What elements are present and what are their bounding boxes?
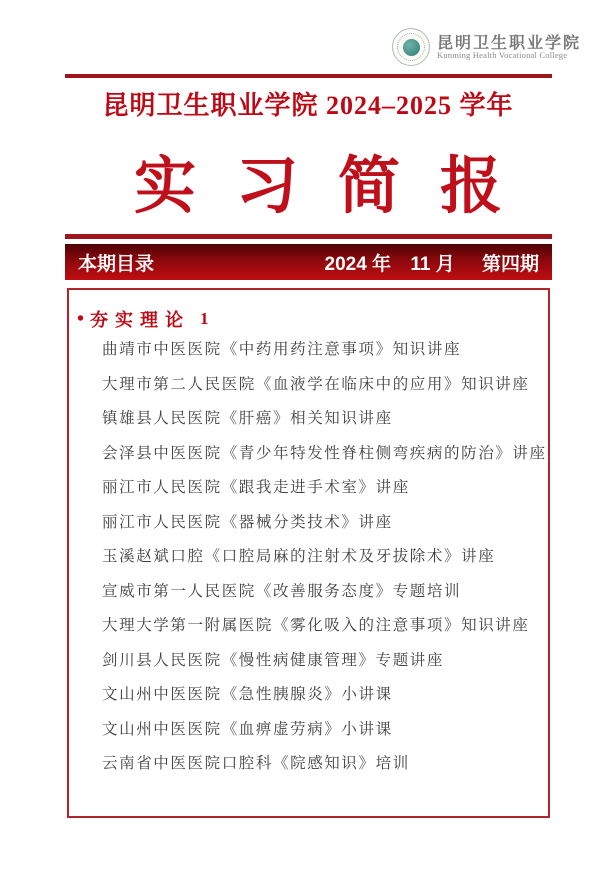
issue-rule-divider: [65, 234, 552, 239]
toc-box: • 夯实理论 1 曲靖市中医医院《中药用药注意事项》知识讲座 大理市第二人民医院…: [67, 288, 550, 818]
toc-item: 文山州中医医院《血痹虚劳病》小讲课: [77, 721, 538, 738]
toc-section-page-number: 1: [200, 309, 209, 329]
issue-date: 2024 年 11 月 第四期: [325, 249, 540, 276]
issue-number: 第四期: [482, 254, 539, 275]
toc-item: 会泽县中医医院《青少年特发性脊柱侧弯疾病的防治》讲座: [77, 445, 538, 462]
issue-month: 11 月: [410, 254, 454, 275]
seal-globe-icon: [403, 39, 420, 56]
toc-item: 镇雄县人民医院《肝癌》相关知识讲座: [77, 410, 538, 427]
toc-item: 曲靖市中医医院《中药用药注意事项》知识讲座: [77, 341, 538, 358]
college-logo: 昆明卫生职业学院 Kunming Health Vocational Colle…: [392, 28, 581, 66]
logo-text: 昆明卫生职业学院 Kunming Health Vocational Colle…: [437, 34, 581, 61]
college-name-en: Kunming Health Vocational College: [437, 51, 581, 60]
college-seal-icon: [392, 28, 430, 66]
toc-item: 宣威市第一人民医院《改善服务态度》专题培训: [77, 583, 538, 600]
bulletin-title: 实习简报: [30, 136, 616, 225]
toc-bar-label: 本期目录: [78, 249, 154, 276]
toc-item: 剑川县人民医院《慢性病健康管理》专题讲座: [77, 652, 538, 669]
toc-item: 玉溪赵斌口腔《口腔局麻的注射术及牙拔除术》讲座: [77, 548, 538, 565]
academic-year-title: 昆明卫生职业学院 2024–2025 学年: [0, 85, 616, 122]
toc-section-heading: • 夯实理论 1: [77, 306, 538, 332]
issue-year: 2024 年: [325, 254, 392, 275]
issue-bar: 本期目录 2024 年 11 月 第四期: [65, 244, 552, 280]
college-name-cn: 昆明卫生职业学院: [437, 34, 581, 52]
toc-item: 文山州中医医院《急性胰腺炎》小讲课: [77, 686, 538, 703]
toc-item: 云南省中医医院口腔科《院感知识》培训: [77, 755, 538, 772]
toc-item-list: 曲靖市中医医院《中药用药注意事项》知识讲座 大理市第二人民医院《血液学在临床中的…: [77, 341, 538, 772]
top-rule-divider: [65, 74, 552, 78]
toc-item: 丽江市人民医院《器械分类技术》讲座: [77, 514, 538, 531]
toc-item: 丽江市人民医院《跟我走进手术室》讲座: [77, 479, 538, 496]
toc-item: 大理市第二人民医院《血液学在临床中的应用》知识讲座: [77, 376, 538, 393]
toc-section-title: 夯实理论: [90, 306, 190, 332]
bullet-icon: •: [77, 309, 84, 329]
toc-item: 大理大学第一附属医院《雾化吸入的注意事项》知识讲座: [77, 617, 538, 634]
